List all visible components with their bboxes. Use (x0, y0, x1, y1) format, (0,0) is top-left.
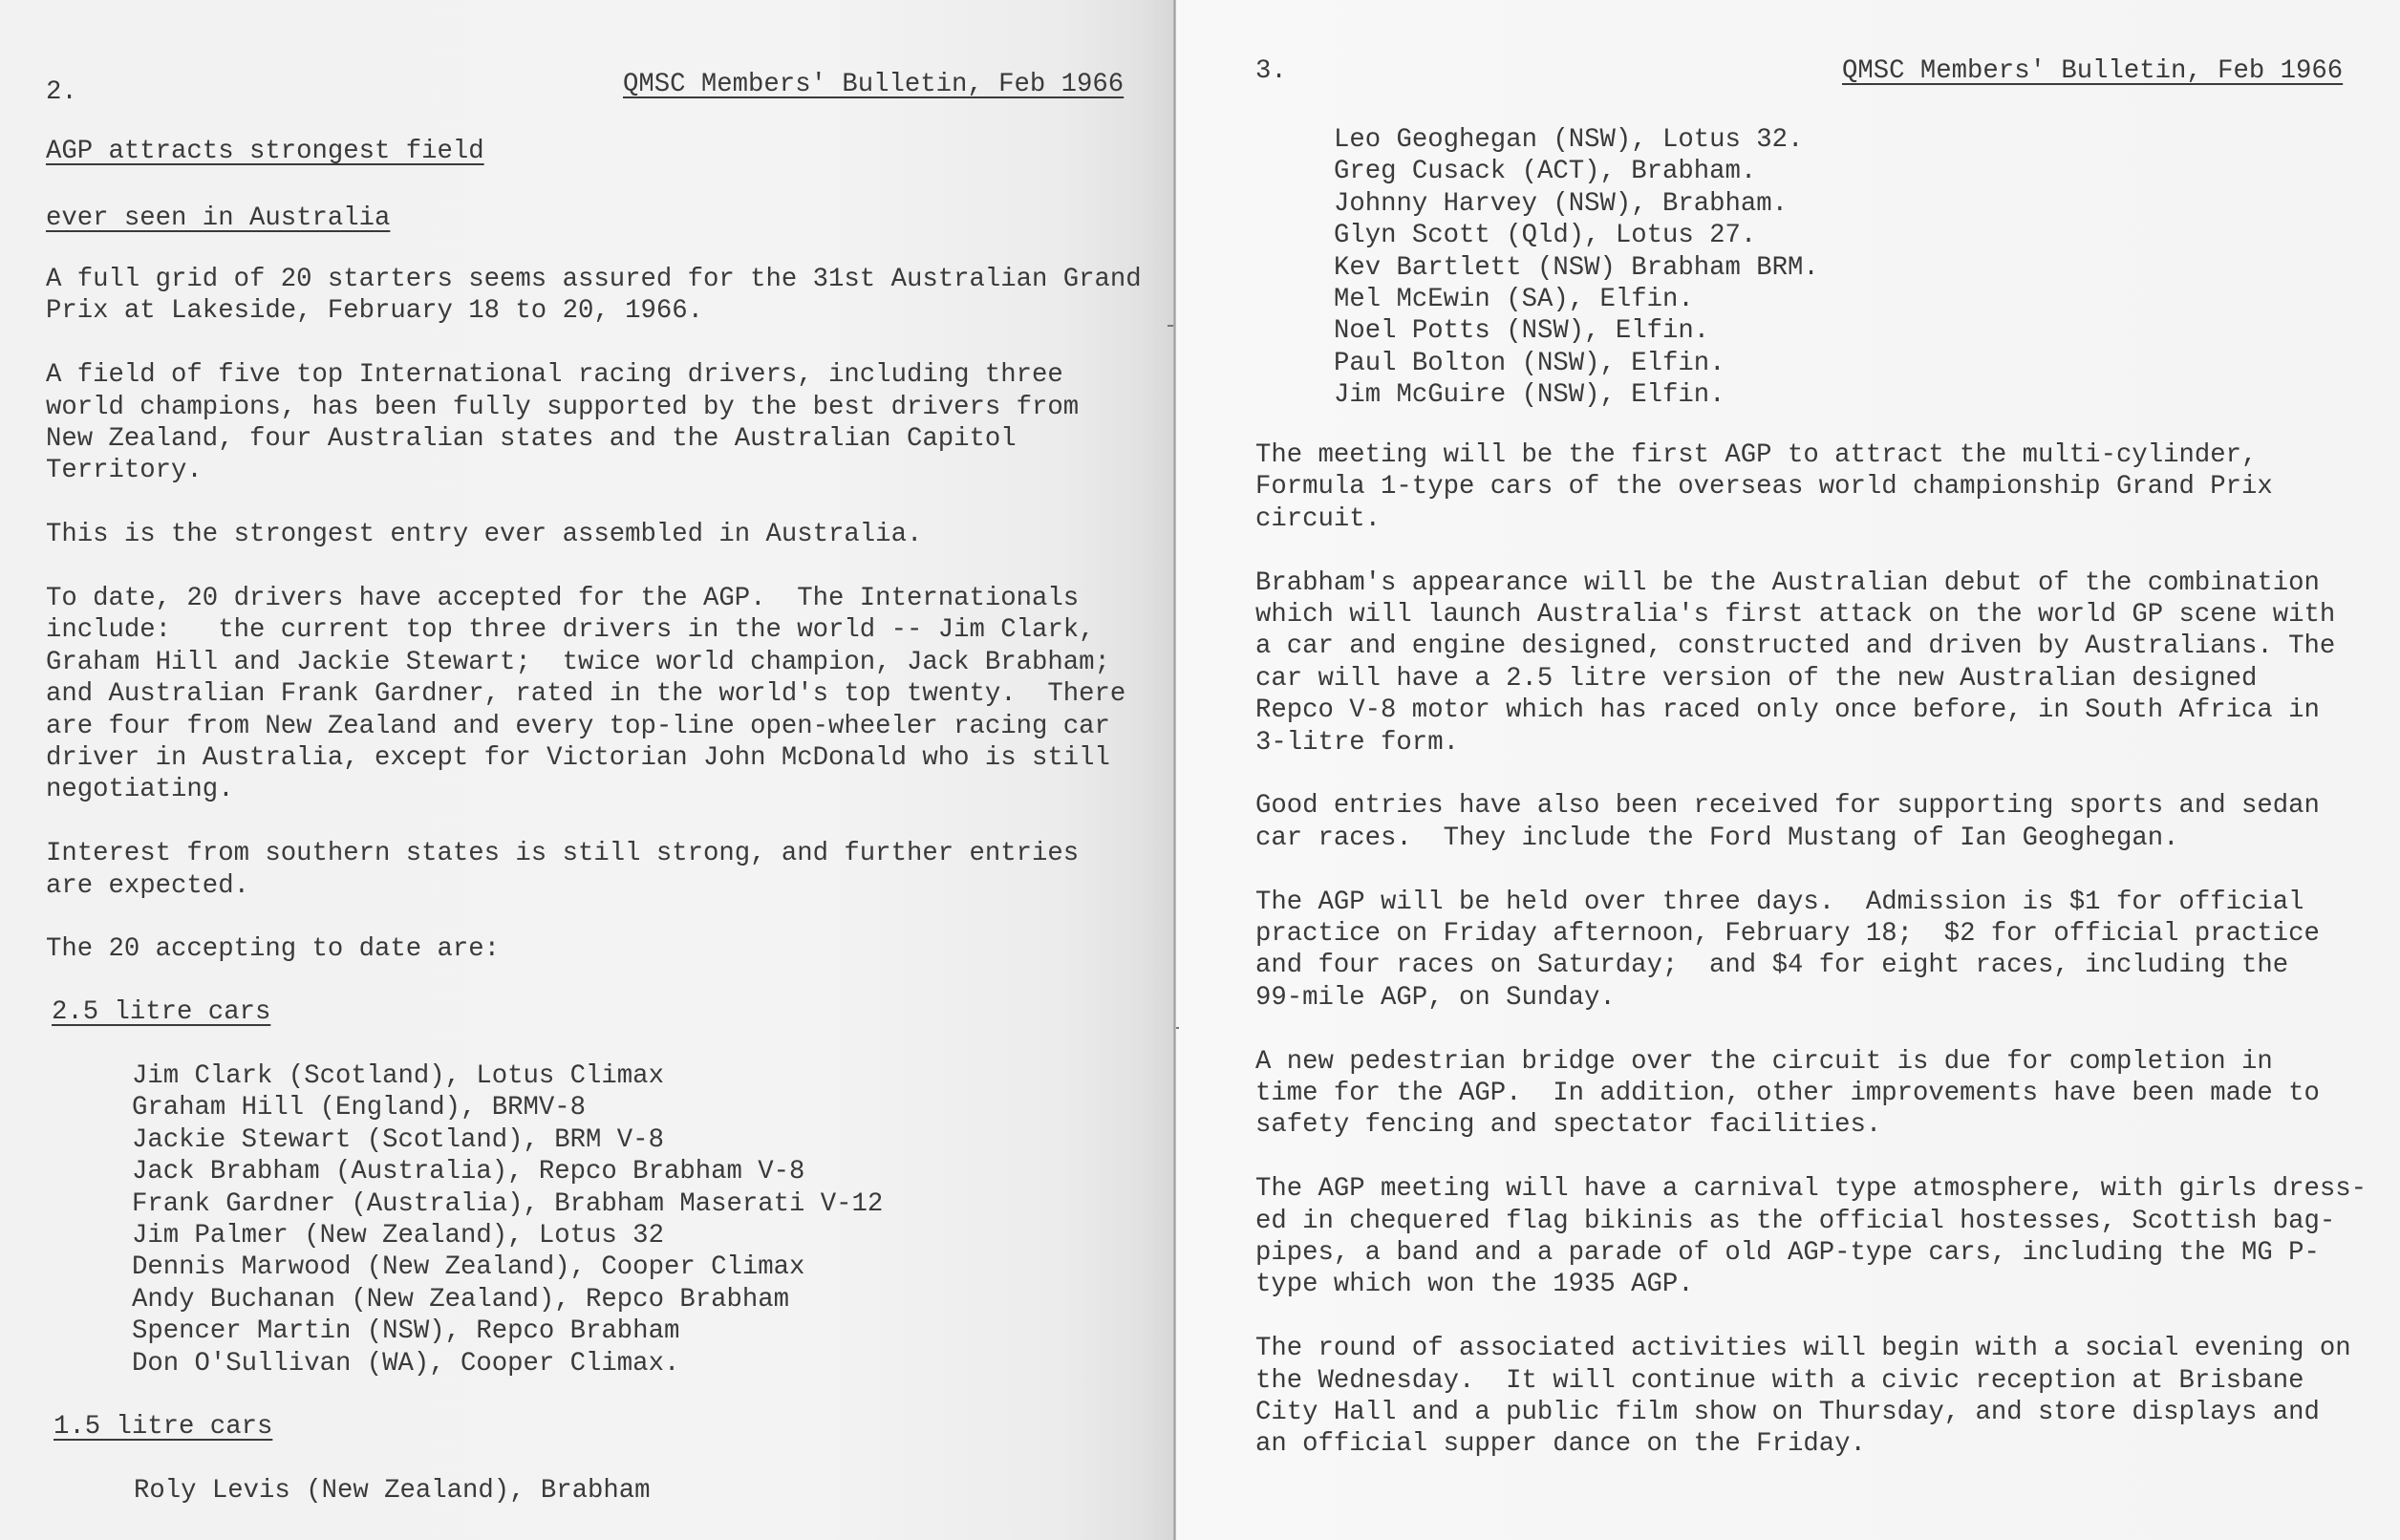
headline-line-2: ever seen in Australia (46, 203, 390, 234)
driver-entry: Jim Palmer (New Zealand), Lotus 32 (132, 1220, 664, 1251)
paragraph-line: 3-litre form. (1255, 727, 1459, 759)
page-number: 2. (46, 76, 77, 108)
driver-entry: Graham Hill (England), BRMV-8 (132, 1092, 586, 1123)
paragraph-line: world champions, has been fully supporte… (46, 392, 1079, 423)
driver-entry: Glyn Scott (Qld), Lotus 27. (1334, 220, 1756, 251)
paragraph-line: and four races on Saturday; and $4 for e… (1255, 950, 2288, 981)
running-header: QMSC Members' Bulletin, Feb 1966 (623, 69, 1124, 100)
paragraph-line: are expected. (46, 870, 249, 902)
paragraph-line: Good entries have also been received for… (1255, 790, 2320, 822)
paragraph-line: include: the current top three drivers i… (46, 614, 1095, 646)
paragraph-line: driver in Australia, except for Victoria… (46, 742, 1110, 774)
paragraph-line: Prix at Lakeside, February 18 to 20, 196… (46, 295, 703, 327)
paragraph-line: a car and engine designed, constructed a… (1255, 631, 2335, 662)
paragraph-line: Brabham's appearance will be the Austral… (1255, 567, 2320, 599)
paragraph-line: an official supper dance on the Friday. (1255, 1428, 1866, 1460)
section-heading-1-5-litre: 1.5 litre cars (54, 1411, 272, 1443)
paragraph-line: pipes, a band and a parade of old AGP-ty… (1255, 1237, 2320, 1269)
paragraph-line: The round of associated activities will … (1255, 1333, 2351, 1364)
driver-entry: Spencer Martin (NSW), Repco Brabham (132, 1315, 679, 1347)
paragraph-line: A full grid of 20 starters seems assured… (46, 264, 1142, 295)
running-header: QMSC Members' Bulletin, Feb 1966 (1842, 55, 2343, 87)
driver-entry: Jackie Stewart (Scotland), BRM V-8 (132, 1124, 664, 1156)
driver-entry: Jim McGuire (NSW), Elfin. (1334, 379, 1725, 411)
paragraph-line: practice on Friday afternoon, February 1… (1255, 918, 2320, 950)
paragraph-line: are four from New Zealand and every top-… (46, 711, 1110, 742)
paragraph-line: car will have a 2.5 litre version of the… (1255, 663, 2257, 695)
paragraph-line: City Hall and a public film show on Thur… (1255, 1397, 2320, 1428)
left-page: 2. QMSC Members' Bulletin, Feb 1966 AGP … (0, 0, 1175, 1540)
driver-entry: Mel McEwin (SA), Elfin. (1334, 284, 1694, 315)
driver-entry: Frank Gardner (Australia), Brabham Maser… (132, 1188, 883, 1220)
driver-entry: Don O'Sullivan (WA), Cooper Climax. (132, 1348, 679, 1380)
book-spine (1173, 0, 1176, 1540)
paragraph-line: circuit. (1255, 503, 1381, 535)
paragraph-line: and Australian Frank Gardner, rated in t… (46, 678, 1125, 710)
driver-entry: Johnny Harvey (NSW), Brabham. (1334, 188, 1788, 220)
driver-entry: Leo Geoghegan (NSW), Lotus 32. (1334, 124, 1803, 156)
paragraph-line: time for the AGP. In addition, other imp… (1255, 1078, 2320, 1109)
paragraph-line: The AGP meeting will have a carnival typ… (1255, 1173, 2367, 1205)
section-heading-2-5-litre: 2.5 litre cars (52, 996, 270, 1028)
paragraph-line: A new pedestrian bridge over the circuit… (1255, 1046, 2273, 1078)
paragraph-line: New Zealand, four Australian states and … (46, 423, 1017, 455)
paragraph-line: negotiating. (46, 774, 234, 805)
paragraph-line: car races. They include the Ford Mustang… (1255, 823, 2178, 854)
page-number: 3. (1255, 55, 1287, 87)
right-page: 3. QMSC Members' Bulletin, Feb 1966 Leo … (1175, 0, 2400, 1540)
paragraph-line: Formula 1-type cars of the overseas worl… (1255, 471, 2273, 503)
driver-entry: Kev Bartlett (NSW) Brabham BRM. (1334, 252, 1819, 284)
driver-entry: Jim Clark (Scotland), Lotus Climax (132, 1060, 664, 1092)
headline-line-1: AGP attracts strongest field (46, 136, 484, 167)
driver-entry: Andy Buchanan (New Zealand), Repco Brabh… (132, 1284, 789, 1315)
driver-entry: Noel Potts (NSW), Elfin. (1334, 315, 1709, 347)
paragraph-line: type which won the 1935 AGP. (1255, 1269, 1694, 1300)
paragraph-line: 99-mile AGP, on Sunday. (1255, 982, 1616, 1014)
paragraph-line: The 20 accepting to date are: (46, 933, 500, 965)
driver-entry: Jack Brabham (Australia), Repco Brabham … (132, 1156, 804, 1187)
driver-entry: Roly Levis (New Zealand), Brabham (134, 1475, 651, 1507)
paragraph-line: The meeting will be the first AGP to att… (1255, 439, 2257, 471)
paragraph-line: The AGP will be held over three days. Ad… (1255, 887, 2304, 918)
paragraph-line: To date, 20 drivers have accepted for th… (46, 583, 1079, 614)
paragraph-line: Interest from southern states is still s… (46, 838, 1079, 869)
paragraph-line: This is the strongest entry ever assembl… (46, 519, 922, 550)
paragraph-line: Graham Hill and Jackie Stewart; twice wo… (46, 647, 1110, 678)
paragraph-line: Territory. (46, 455, 203, 486)
driver-entry: Greg Cusack (ACT), Brabham. (1334, 156, 1756, 187)
driver-entry: Dennis Marwood (New Zealand), Cooper Cli… (132, 1251, 804, 1283)
paragraph-line: Repco V-8 motor which has raced only onc… (1255, 695, 2320, 726)
paragraph-line: safety fencing and spectator facilities. (1255, 1109, 1881, 1141)
paragraph-line: the Wednesday. It will continue with a c… (1255, 1365, 2304, 1397)
paragraph-line: A field of five top International racing… (46, 359, 1063, 391)
paragraph-line: ed in chequered flag bikinis as the offi… (1255, 1206, 2335, 1237)
paragraph-line: which will launch Australia's first atta… (1255, 599, 2335, 631)
driver-entry: Paul Bolton (NSW), Elfin. (1334, 348, 1725, 379)
